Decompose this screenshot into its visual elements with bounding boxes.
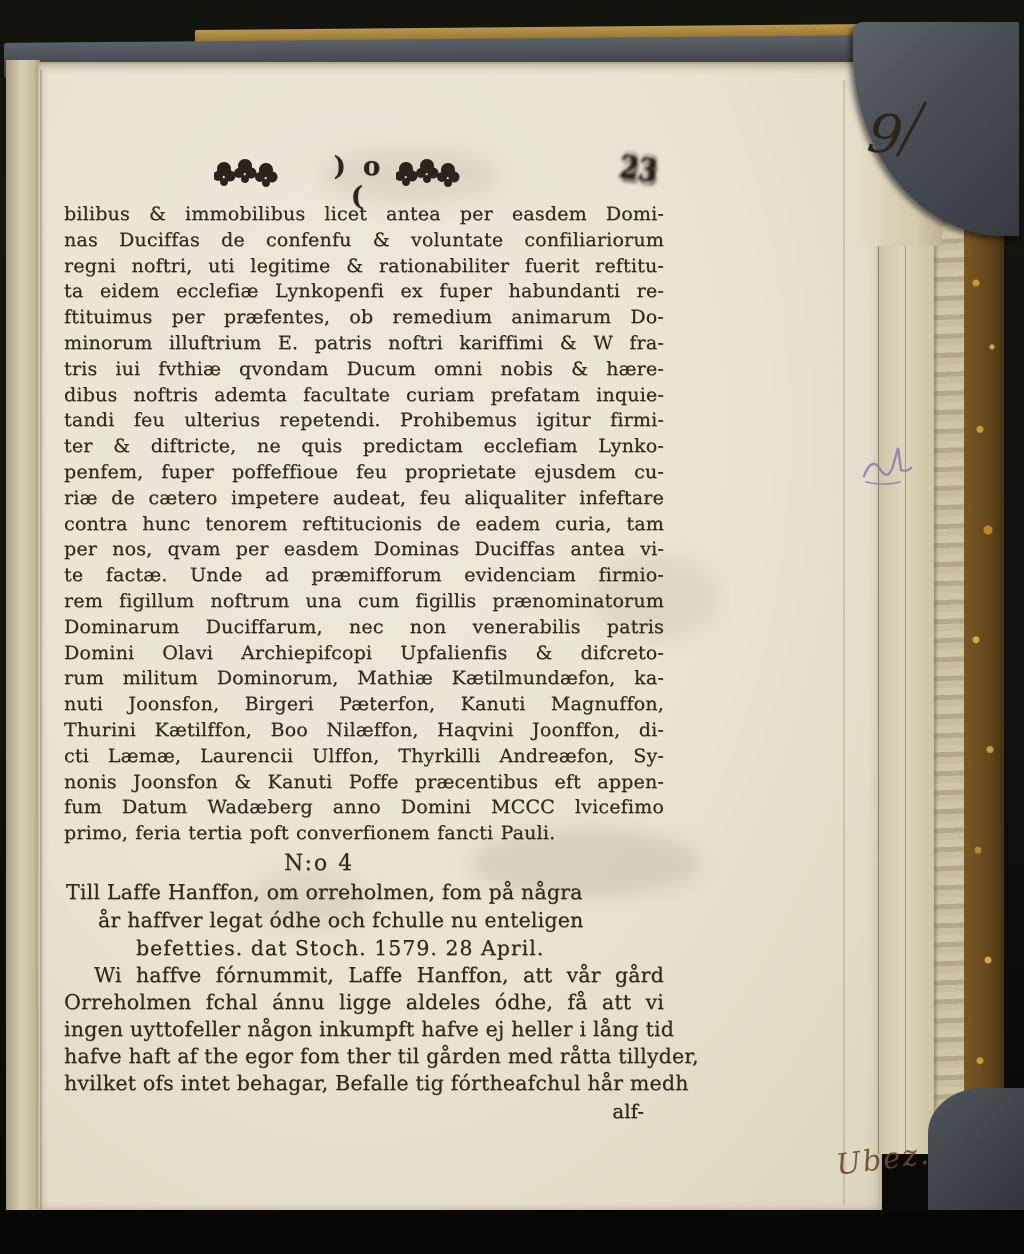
swedish-body-line: ingen uyttofeller någon inkumpft hafve e… (64, 1016, 664, 1043)
address-line: år haffver legat ódhe och fchulle nu ent… (98, 906, 664, 934)
latin-line: ter & diftricte, ne quis predictam eccle… (64, 434, 664, 460)
latin-line: fum Datum Wadæberg anno Domini MCCC lvic… (64, 795, 664, 821)
swedish-body-line: Wi haffve fórnummit, Laffe Hanffon, att … (64, 962, 664, 989)
latin-line: cti Læmæ, Laurencii Ulffon, Thyrkilli An… (64, 744, 664, 770)
catchword: alf- (64, 1099, 664, 1123)
latin-line: tris iui fvthiæ qvondam Ducum omni nobis… (64, 357, 664, 383)
latin-line: dibus noftris ademta facultate curiam pr… (64, 383, 664, 409)
latin-line: Domini Olavi Archiepifcopi Upfalienfis &… (64, 641, 664, 667)
latin-line: penfem, fuper poffeffioue feu proprietat… (64, 460, 664, 486)
latin-line: nas Duciffas de confenfu & voluntate con… (64, 228, 664, 254)
text-block: ) o ( 23 bilibus & immobilibus licet ant… (64, 150, 664, 1123)
swedish-body-line: Orreholmen fchal ánnu ligge aldeles ódhe… (64, 989, 664, 1016)
latin-line: nuti Joonsfon, Birgeri Pæterfon, Kanuti … (64, 692, 664, 718)
latin-line: regni noftri, uti legitime & rationabili… (64, 254, 664, 280)
latin-line: rum militum Dominorum, Mathiæ Kætilmundæ… (64, 666, 664, 692)
latin-line: nonis Joonsfon & Kanuti Poffe præcentibu… (64, 770, 664, 796)
handwritten-folio-number: 9 (865, 106, 906, 164)
latin-line: per nos, qvam per easdem Dominas Duciffa… (64, 537, 664, 563)
page-crease (843, 80, 845, 1205)
page-header: ) o ( 23 (64, 150, 664, 202)
latin-line: minorum illuftrium E. patris noftri kari… (64, 331, 664, 357)
latin-line: Dominarum Duciffarum, nec non venerabili… (64, 615, 664, 641)
latin-line: riæ de cætero impetere audeat, feu aliqu… (64, 486, 664, 512)
latin-line: Thurini Kætilffon, Boo Nilæffon, Haqvini… (64, 718, 664, 744)
latin-line: primo, feria tertia poft converfionem fa… (64, 821, 664, 847)
marbled-cover-edge (964, 228, 1004, 1143)
book-photo: ) o ( 23 bilibus & immobilibus licet ant… (0, 0, 1024, 1254)
latin-line: tandi feu ulterius repetendi. Prohibemus… (64, 408, 664, 434)
document-number-heading: N:o 4 (284, 851, 664, 876)
latin-line: contra hunc tenorem reftitucionis de ead… (64, 512, 664, 538)
fleuron-ornament-icon (214, 156, 278, 196)
signature-mark: 23 (618, 149, 660, 190)
swedish-body-line: hafve haft af the egor fom ther til gård… (64, 1043, 664, 1070)
address-line: befetties. dat Stoch. 1579. 28 April. (136, 934, 664, 962)
fleuron-ornament-icon (396, 156, 460, 196)
bottom-shadow (0, 1210, 1024, 1254)
latin-line: rem figillum noftrum una cum figillis pr… (64, 589, 664, 615)
address-line: Till Laffe Hanffon, om orreholmen, fom p… (66, 878, 664, 906)
ink-scribble (860, 442, 918, 496)
swedish-body-line: hvilket ofs intet behagar, Befalle tig f… (64, 1070, 664, 1097)
latin-line: ftituimus per præfentes, ob remedium ani… (64, 305, 664, 331)
header-separator: ) o ( (319, 152, 399, 212)
left-page-edge (6, 60, 40, 1212)
gutter-crease (40, 70, 42, 1210)
latin-line: ta eidem ecclefiæ Lynkopenfi ex fuper ha… (64, 279, 664, 305)
latin-line: te factæ. Unde ad præmifforum evidenciam… (64, 563, 664, 589)
